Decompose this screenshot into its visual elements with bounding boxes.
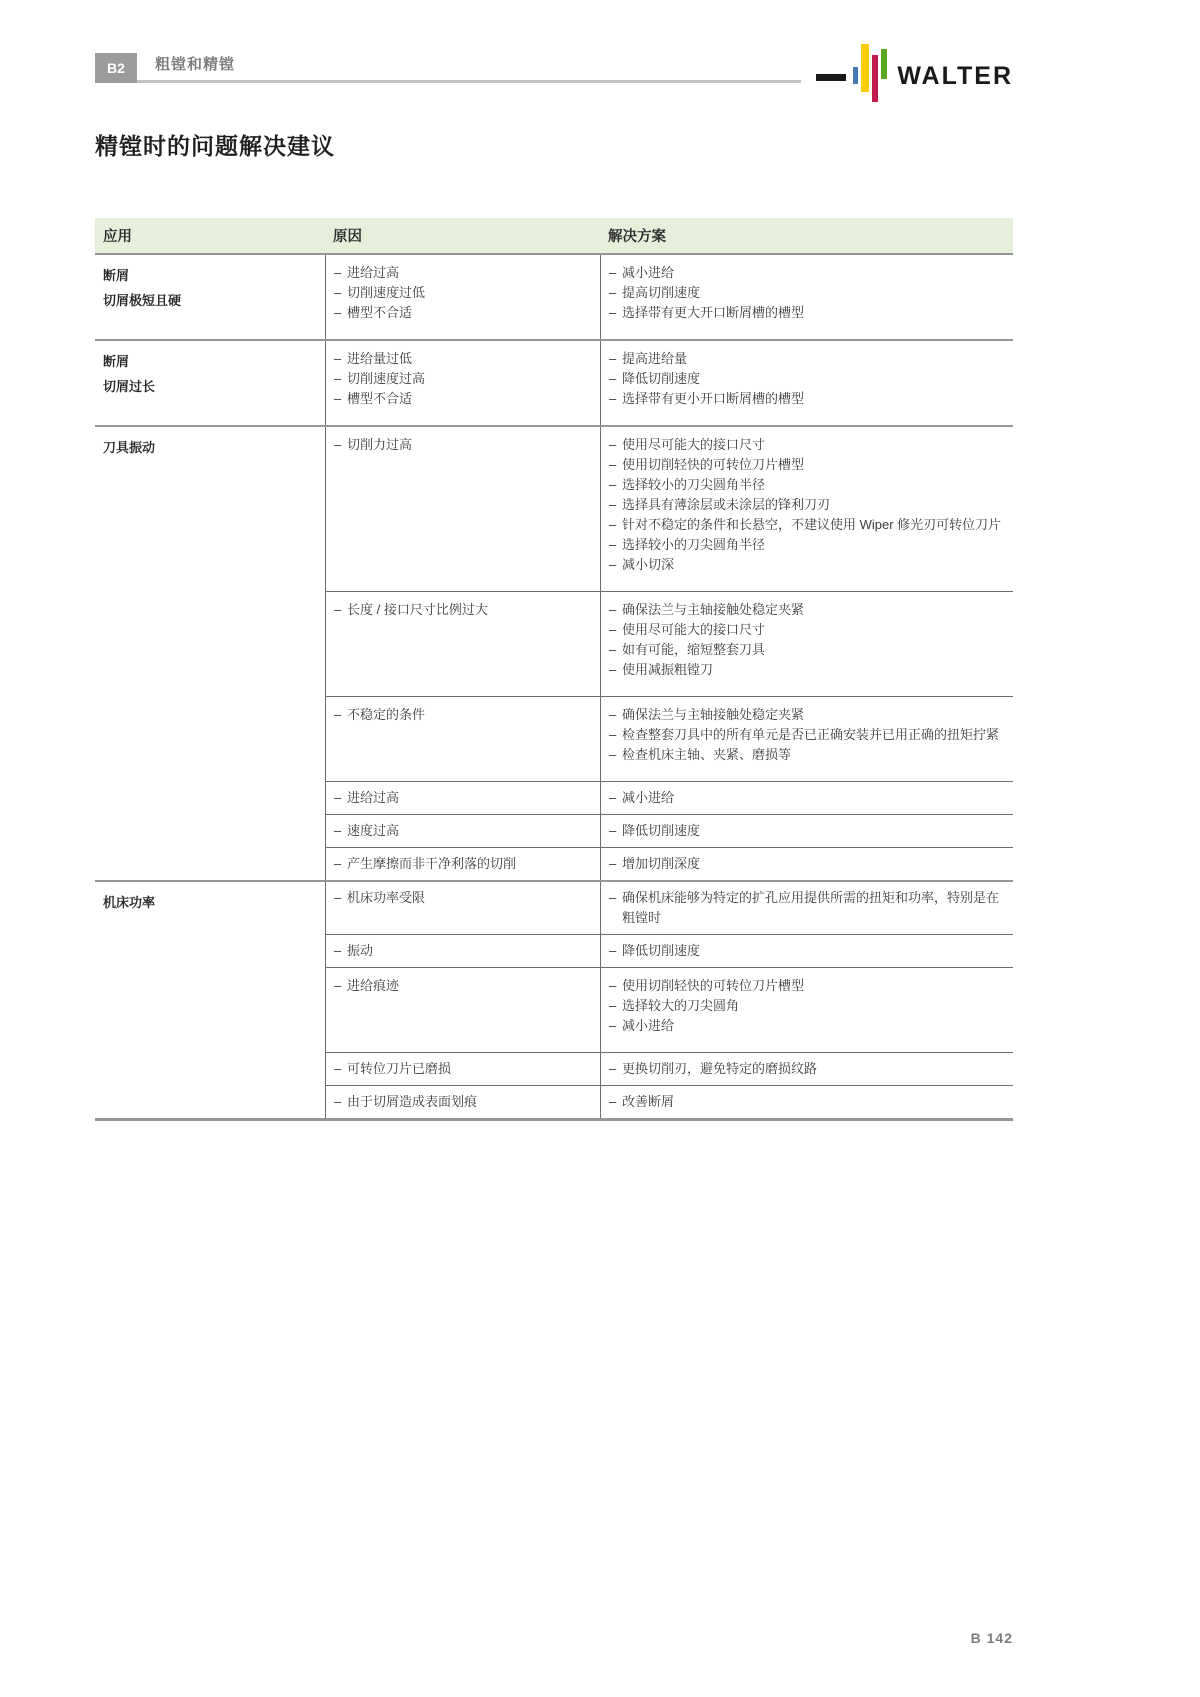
application-cell: 机床功率 xyxy=(95,882,325,1118)
application-label: 断屑 xyxy=(103,349,317,374)
dash-marker: – xyxy=(609,369,622,389)
list-item: –提高进给量 xyxy=(609,349,1005,369)
list-item: –槽型不合适 xyxy=(334,389,592,409)
dash-marker: – xyxy=(609,1092,622,1112)
dash-marker: – xyxy=(609,283,622,303)
dash-marker: – xyxy=(609,555,622,575)
cause-cell: –长度 / 接口尺寸比例过大 xyxy=(325,591,600,696)
list-item: –降低切削速度 xyxy=(609,941,1005,961)
item-text: 降低切削速度 xyxy=(622,821,1005,841)
list-item: –如有可能，缩短整套刀具 xyxy=(609,640,1005,660)
list-item: –提高切削速度 xyxy=(609,283,1005,303)
section-title: 粗镗和精镗 xyxy=(155,53,235,74)
application-label: 切屑极短且硬 xyxy=(103,288,317,313)
list-item: –不稳定的条件 xyxy=(334,705,592,725)
dash-marker: – xyxy=(334,788,347,808)
list-item: –使用减振粗镗刀 xyxy=(609,660,1005,680)
item-text: 使用尽可能大的接口尺寸 xyxy=(622,435,1005,455)
application-cell: 断屑切屑极短且硬 xyxy=(95,255,325,339)
list-item: –选择带有更大开口断屑槽的槽型 xyxy=(609,303,1005,323)
item-text: 增加切削深度 xyxy=(622,854,1005,874)
application-cell: 刀具振动 xyxy=(95,427,325,880)
header: B2 粗镗和精镗 WALTER xyxy=(95,45,1013,83)
logo-bar-green-icon xyxy=(881,49,887,79)
solution-cell: –确保法兰与主轴接触处稳定夹紧–检查整套刀具中的所有单元是否已正确安装并已用正确… xyxy=(600,696,1013,781)
item-text: 产生摩擦而非干净利落的切削 xyxy=(347,854,592,874)
dash-marker: – xyxy=(609,600,622,620)
dash-marker: – xyxy=(609,821,622,841)
cause-cell: –产生摩擦而非干净利落的切削 xyxy=(325,847,600,880)
item-text: 选择较大的刀尖圆角 xyxy=(622,996,1005,1016)
dash-marker: – xyxy=(334,1059,347,1079)
page-footer: B 142 xyxy=(95,1630,1013,1648)
solution-cell: –更换切削刃，避免特定的磨损纹路 xyxy=(600,1052,1013,1085)
list-item: –降低切削速度 xyxy=(609,821,1005,841)
list-item: –可转位刀片已磨损 xyxy=(334,1059,592,1079)
dash-marker: – xyxy=(609,725,622,745)
list-item: –槽型不合适 xyxy=(334,303,592,323)
list-item: –进给痕迹 xyxy=(334,976,592,996)
page-number: B 142 xyxy=(971,1630,1013,1646)
table-row-group: 刀具振动–切削力过高–使用尽可能大的接口尺寸–使用切削轻快的可转位刀片槽型–选择… xyxy=(95,425,1013,880)
list-item: –使用切削轻快的可转位刀片槽型 xyxy=(609,455,1005,475)
item-text: 进给过高 xyxy=(347,788,592,808)
item-text: 不稳定的条件 xyxy=(347,705,592,725)
solution-cell: –增加切削深度 xyxy=(600,847,1013,880)
list-item: –切削速度过低 xyxy=(334,283,592,303)
list-item: –切削速度过高 xyxy=(334,369,592,389)
dash-marker: – xyxy=(609,515,622,535)
page-title: 精镗时的问题解决建议 xyxy=(95,128,335,161)
dash-marker: – xyxy=(609,475,622,495)
item-text: 由于切屑造成表面划痕 xyxy=(347,1092,592,1112)
item-text: 进给量过低 xyxy=(347,349,592,369)
dash-marker: – xyxy=(334,283,347,303)
item-text: 选择带有更小开口断屑槽的槽型 xyxy=(622,389,1005,409)
solution-cell: –减小进给 xyxy=(600,781,1013,814)
solution-cell: –减小进给–提高切削速度–选择带有更大开口断屑槽的槽型 xyxy=(600,255,1013,339)
dash-marker: – xyxy=(609,745,622,765)
dash-marker: – xyxy=(609,976,622,996)
logo-dash-icon xyxy=(816,74,846,81)
item-text: 更换切削刃，避免特定的磨损纹路 xyxy=(622,1059,1005,1079)
problem-table: 应用 原因 解决方案 断屑切屑极短且硬–进给过高–切削速度过低–槽型不合适–减小… xyxy=(95,218,1013,1121)
dash-marker: – xyxy=(334,303,347,323)
dash-marker: – xyxy=(609,888,622,928)
solution-cell: –使用尽可能大的接口尺寸–使用切削轻快的可转位刀片槽型–选择较小的刀尖圆角半径–… xyxy=(600,427,1013,591)
cause-cell: –振动 xyxy=(325,934,600,967)
item-text: 降低切削速度 xyxy=(622,941,1005,961)
item-text: 选择较小的刀尖圆角半径 xyxy=(622,475,1005,495)
item-text: 使用切削轻快的可转位刀片槽型 xyxy=(622,976,1005,996)
cause-cell: –进给痕迹 xyxy=(325,967,600,1052)
dash-marker: – xyxy=(334,369,347,389)
list-item: –使用尽可能大的接口尺寸 xyxy=(609,435,1005,455)
item-text: 可转位刀片已磨损 xyxy=(347,1059,592,1079)
application-label: 刀具振动 xyxy=(103,435,317,460)
item-text: 进给痕迹 xyxy=(347,976,592,996)
item-text: 选择较小的刀尖圆角半径 xyxy=(622,535,1005,555)
dash-marker: – xyxy=(609,788,622,808)
list-item: –减小进给 xyxy=(609,263,1005,283)
dash-marker: – xyxy=(609,996,622,1016)
walter-logo: WALTER xyxy=(816,41,1013,103)
list-item: –减小切深 xyxy=(609,555,1005,575)
logo-wordmark: WALTER xyxy=(897,62,1013,91)
list-item: –减小进给 xyxy=(609,1016,1005,1036)
list-item: –选择较大的刀尖圆角 xyxy=(609,996,1005,1016)
dash-marker: – xyxy=(609,349,622,369)
list-item: –检查机床主轴、夹紧、磨损等 xyxy=(609,745,1005,765)
dash-marker: – xyxy=(334,888,347,908)
list-item: –降低切削速度 xyxy=(609,369,1005,389)
item-text: 振动 xyxy=(347,941,592,961)
list-item: –切削力过高 xyxy=(334,435,592,455)
dash-marker: – xyxy=(334,600,347,620)
item-text: 机床功率受限 xyxy=(347,888,592,908)
dash-marker: – xyxy=(334,263,347,283)
chapter-badge: B2 xyxy=(95,53,137,83)
item-text: 使用切削轻快的可转位刀片槽型 xyxy=(622,455,1005,475)
table-row-group: 断屑切屑过长–进给量过低–切削速度过高–槽型不合适–提高进给量–降低切削速度–选… xyxy=(95,339,1013,425)
dash-marker: – xyxy=(609,660,622,680)
application-cell: 断屑切屑过长 xyxy=(95,341,325,425)
solution-cell: –确保机床能够为特定的扩孔应用提供所需的扭矩和功率，特别是在粗镗时 xyxy=(600,882,1013,934)
list-item: –选择较小的刀尖圆角半径 xyxy=(609,535,1005,555)
cause-cell: –不稳定的条件 xyxy=(325,696,600,781)
list-item: –由于切屑造成表面划痕 xyxy=(334,1092,592,1112)
item-text: 改善断屑 xyxy=(622,1092,1005,1112)
item-text: 确保法兰与主轴接触处稳定夹紧 xyxy=(622,705,1005,725)
column-header-solution: 解决方案 xyxy=(600,218,1013,253)
list-item: –使用尽可能大的接口尺寸 xyxy=(609,620,1005,640)
application-label: 机床功率 xyxy=(103,890,317,915)
solution-cell: –使用切削轻快的可转位刀片槽型–选择较大的刀尖圆角–减小进给 xyxy=(600,967,1013,1052)
item-text: 切削速度过低 xyxy=(347,283,592,303)
dash-marker: – xyxy=(334,349,347,369)
dash-marker: – xyxy=(334,1092,347,1112)
dash-marker: – xyxy=(609,455,622,475)
list-item: –检查整套刀具中的所有单元是否已正确安装并已用正确的扭矩拧紧 xyxy=(609,725,1005,745)
dash-marker: – xyxy=(609,1059,622,1079)
dash-marker: – xyxy=(609,640,622,660)
dash-marker: – xyxy=(609,941,622,961)
table-header-row: 应用 原因 解决方案 xyxy=(95,218,1013,253)
item-text: 减小切深 xyxy=(622,555,1005,575)
item-text: 长度 / 接口尺寸比例过大 xyxy=(347,600,592,620)
dash-marker: – xyxy=(334,821,347,841)
logo-bar-blue-icon xyxy=(853,67,858,84)
dash-marker: – xyxy=(334,705,347,725)
table-row-group: 机床功率–机床功率受限–确保机床能够为特定的扩孔应用提供所需的扭矩和功率，特别是… xyxy=(95,880,1013,1118)
list-item: –减小进给 xyxy=(609,788,1005,808)
table-row-group: 断屑切屑极短且硬–进给过高–切削速度过低–槽型不合适–减小进给–提高切削速度–选… xyxy=(95,253,1013,339)
solution-cell: –提高进给量–降低切削速度–选择带有更小开口断屑槽的槽型 xyxy=(600,341,1013,425)
list-item: –进给过高 xyxy=(334,788,592,808)
dash-marker: – xyxy=(609,1016,622,1036)
list-item: –确保法兰与主轴接触处稳定夹紧 xyxy=(609,600,1005,620)
item-text: 提高进给量 xyxy=(622,349,1005,369)
dash-marker: – xyxy=(334,941,347,961)
item-text: 确保机床能够为特定的扩孔应用提供所需的扭矩和功率，特别是在粗镗时 xyxy=(622,888,1005,928)
item-text: 检查机床主轴、夹紧、磨损等 xyxy=(622,745,1005,765)
solution-cell: –确保法兰与主轴接触处稳定夹紧–使用尽可能大的接口尺寸–如有可能，缩短整套刀具–… xyxy=(600,591,1013,696)
cause-cell: –进给过高–切削速度过低–槽型不合适 xyxy=(325,255,600,339)
list-item: –速度过高 xyxy=(334,821,592,841)
item-text: 使用减振粗镗刀 xyxy=(622,660,1005,680)
list-item: –确保法兰与主轴接触处稳定夹紧 xyxy=(609,705,1005,725)
dash-marker: – xyxy=(609,303,622,323)
item-text: 降低切削速度 xyxy=(622,369,1005,389)
item-text: 减小进给 xyxy=(622,788,1005,808)
cause-cell: –机床功率受限 xyxy=(325,882,600,934)
table-body: 断屑切屑极短且硬–进给过高–切削速度过低–槽型不合适–减小进给–提高切削速度–选… xyxy=(95,253,1013,1118)
dash-marker: – xyxy=(334,854,347,874)
item-text: 减小进给 xyxy=(622,263,1005,283)
dash-marker: – xyxy=(609,535,622,555)
dash-marker: – xyxy=(609,389,622,409)
item-text: 确保法兰与主轴接触处稳定夹紧 xyxy=(622,600,1005,620)
dash-marker: – xyxy=(609,620,622,640)
item-text: 速度过高 xyxy=(347,821,592,841)
solution-cell: –降低切削速度 xyxy=(600,934,1013,967)
dash-marker: – xyxy=(609,435,622,455)
cause-cell: –进给量过低–切削速度过高–槽型不合适 xyxy=(325,341,600,425)
cause-cell: –速度过高 xyxy=(325,814,600,847)
list-item: –选择带有更小开口断屑槽的槽型 xyxy=(609,389,1005,409)
list-item: –长度 / 接口尺寸比例过大 xyxy=(334,600,592,620)
list-item: –增加切削深度 xyxy=(609,854,1005,874)
application-label: 断屑 xyxy=(103,263,317,288)
list-item: –确保机床能够为特定的扩孔应用提供所需的扭矩和功率，特别是在粗镗时 xyxy=(609,888,1005,928)
cause-cell: –可转位刀片已磨损 xyxy=(325,1052,600,1085)
list-item: –使用切削轻快的可转位刀片槽型 xyxy=(609,976,1005,996)
list-item: –改善断屑 xyxy=(609,1092,1005,1112)
item-text: 检查整套刀具中的所有单元是否已正确安装并已用正确的扭矩拧紧 xyxy=(622,725,1005,745)
item-text: 如有可能，缩短整套刀具 xyxy=(622,640,1005,660)
list-item: –进给过高 xyxy=(334,263,592,283)
dash-marker: – xyxy=(609,495,622,515)
list-item: –振动 xyxy=(334,941,592,961)
item-text: 使用尽可能大的接口尺寸 xyxy=(622,620,1005,640)
logo-bar-red-icon xyxy=(872,55,878,102)
application-label: 切屑过长 xyxy=(103,374,317,399)
list-item: –机床功率受限 xyxy=(334,888,592,908)
dash-marker: – xyxy=(334,435,347,455)
item-text: 针对不稳定的条件和长悬空，不建议使用 Wiper 修光刃可转位刀片 xyxy=(622,515,1005,535)
column-header-application: 应用 xyxy=(95,218,325,253)
list-item: –选择较小的刀尖圆角半径 xyxy=(609,475,1005,495)
item-text: 选择具有薄涂层或未涂层的锋利刀刃 xyxy=(622,495,1005,515)
page: B2 粗镗和精镗 WALTER 精镗时的问题解决建议 应用 原因 解决方案 断屑… xyxy=(0,0,1200,1697)
solution-cell: –改善断屑 xyxy=(600,1085,1013,1118)
cause-cell: –切削力过高 xyxy=(325,427,600,591)
list-item: –更换切削刃，避免特定的磨损纹路 xyxy=(609,1059,1005,1079)
dash-marker: – xyxy=(334,389,347,409)
item-text: 减小进给 xyxy=(622,1016,1005,1036)
item-text: 选择带有更大开口断屑槽的槽型 xyxy=(622,303,1005,323)
dash-marker: – xyxy=(609,854,622,874)
cause-cell: –进给过高 xyxy=(325,781,600,814)
dash-marker: – xyxy=(334,976,347,996)
item-text: 进给过高 xyxy=(347,263,592,283)
header-rule xyxy=(137,80,801,83)
solution-cell: –降低切削速度 xyxy=(600,814,1013,847)
item-text: 切削力过高 xyxy=(347,435,592,455)
cause-cell: –由于切屑造成表面划痕 xyxy=(325,1085,600,1118)
item-text: 切削速度过高 xyxy=(347,369,592,389)
list-item: –产生摩擦而非干净利落的切削 xyxy=(334,854,592,874)
logo-bar-yellow-icon xyxy=(861,44,869,92)
column-header-cause: 原因 xyxy=(325,218,600,253)
item-text: 槽型不合适 xyxy=(347,389,592,409)
dash-marker: – xyxy=(609,705,622,725)
dash-marker: – xyxy=(609,263,622,283)
item-text: 槽型不合适 xyxy=(347,303,592,323)
list-item: –针对不稳定的条件和长悬空，不建议使用 Wiper 修光刃可转位刀片 xyxy=(609,515,1005,535)
list-item: –进给量过低 xyxy=(334,349,592,369)
item-text: 提高切削速度 xyxy=(622,283,1005,303)
list-item: –选择具有薄涂层或未涂层的锋利刀刃 xyxy=(609,495,1005,515)
